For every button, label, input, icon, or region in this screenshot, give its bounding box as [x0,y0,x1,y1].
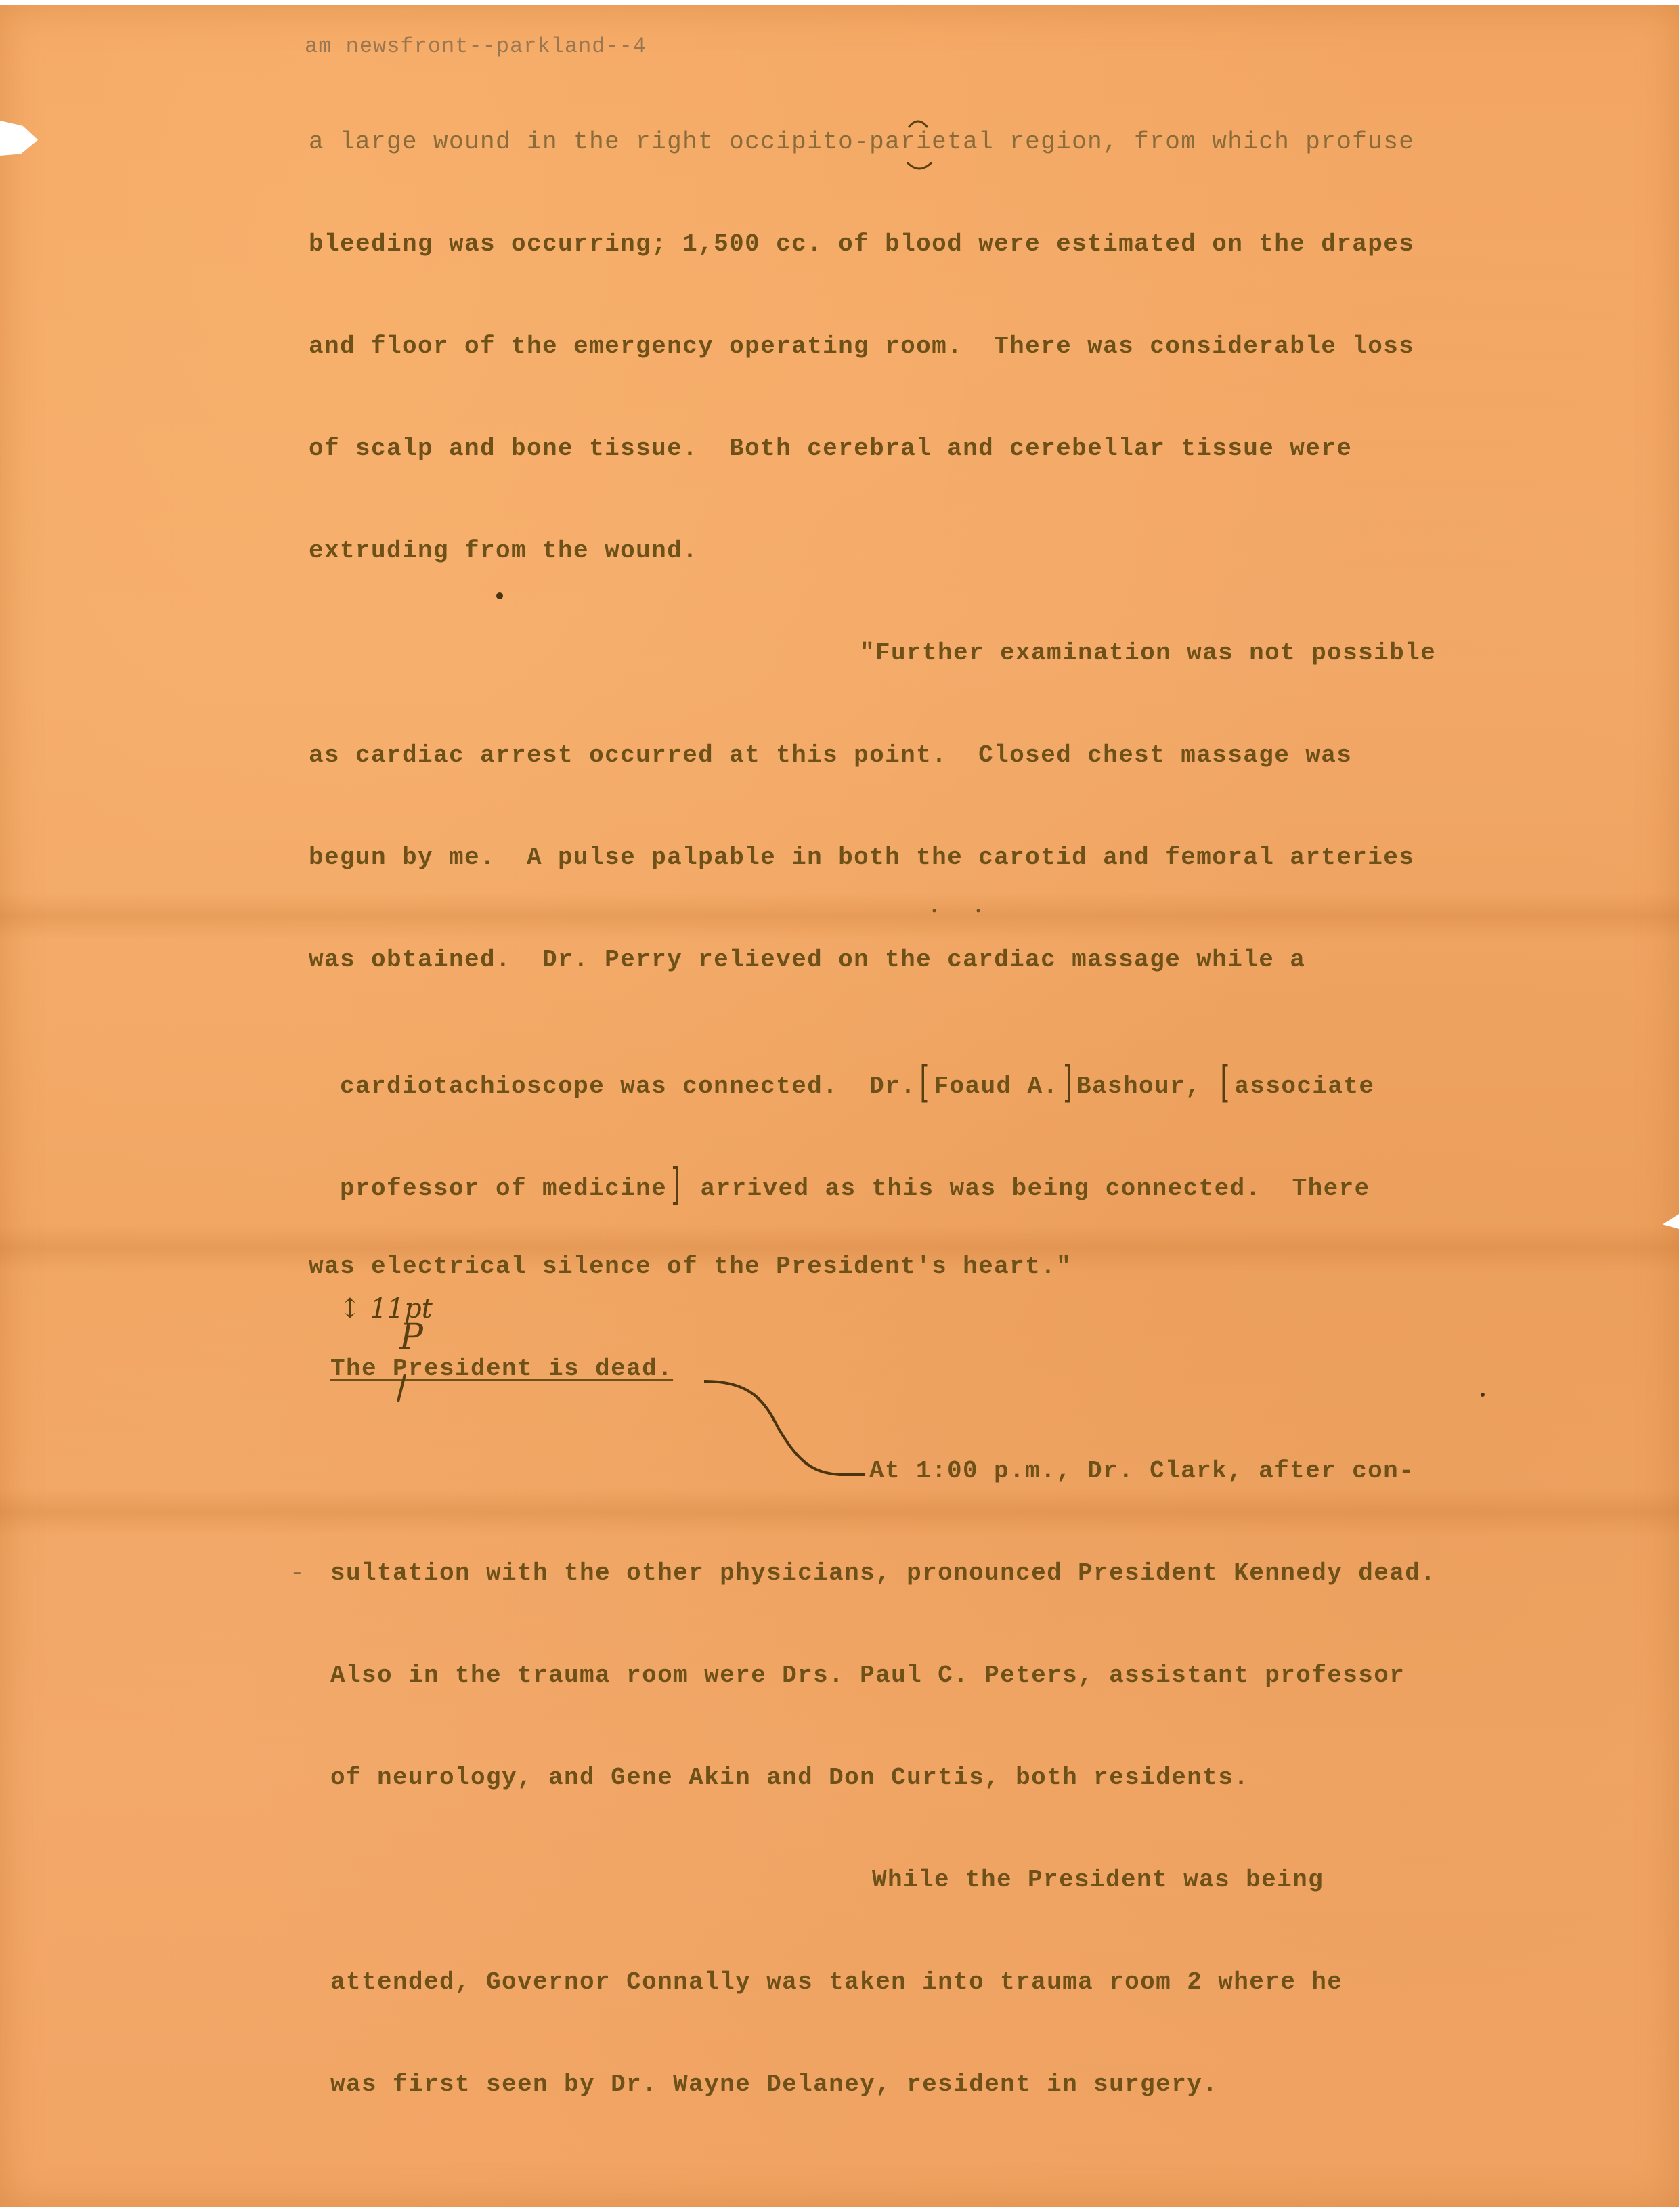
paper-fold [0,892,1679,940]
paper-fold [0,1488,1679,1536]
bracketed-title: professor of medicine [340,1175,667,1202]
text-line: was electrical silence of the President'… [309,1255,1072,1279]
slug-header: am newsfront--parkland--4 [305,34,647,59]
text-line: bleeding was occurring; 1,500 cc. of blo… [309,232,1414,257]
text-segment: cardiotachioscope was connected. Dr. [340,1072,916,1100]
text-line: begun by me. A pulse palpable in both th… [309,846,1414,870]
capital-correction-mark: P [399,1317,423,1358]
text-line: of neurology, and Gene Akin and Don Curt… [330,1766,1249,1790]
text-line-bracketed: professor of medicine] arrived as this w… [309,1152,1370,1201]
bracketed-title: associate [1234,1072,1374,1100]
text-line: of scalp and bone tissue. Both cerebral … [309,437,1352,461]
bracketed-name: Foaud A. [934,1072,1059,1100]
text-line: as cardiac arrest occurred at this point… [309,743,1352,768]
text-line: sultation with the other physicians, pro… [330,1561,1436,1586]
text-line-bracketed: cardiotachioscope was connected. Dr.[Foa… [309,1050,1374,1099]
margin-dash: - [290,1561,305,1586]
text-segment: Bashour, [1076,1072,1217,1100]
paragraph-start: "Further examination was not possible [860,641,1436,666]
text-segment: arrived as this was being connected. The… [684,1175,1370,1202]
announcement-line: The President is dead. [330,1357,673,1381]
text-line: extruding from the wound. [309,539,698,563]
text-line: Also in the trauma room were Drs. Paul C… [330,1664,1405,1688]
text-line: attended, Governor Connally was taken in… [330,1970,1343,1995]
text-line: was first seen by Dr. Wayne Delaney, res… [330,2073,1218,2097]
text-line: was obtained. Dr. Perry relieved on the … [309,948,1305,972]
text-line: a large wound in the right occipito-pari… [309,130,1414,154]
paragraph-start: While the President was being [872,1868,1324,1892]
text-line: and floor of the emergency operating roo… [309,334,1414,359]
paragraph-start: At 1:00 p.m., Dr. Clark, after con- [869,1459,1414,1483]
